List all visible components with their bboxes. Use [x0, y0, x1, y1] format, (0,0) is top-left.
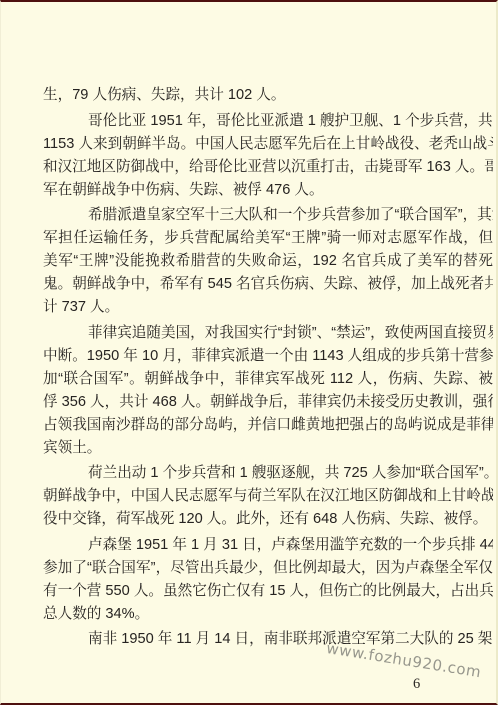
text-line: 哥伦比亚 1951 年，哥伦比亚派遣 1 艘护卫舰、1 个步兵营，共计 — [43, 110, 493, 133]
text-line: 役中交锋，荷军战死 120 人。此外，还有 648 人伤病、失踪、被俘。 — [43, 508, 493, 531]
text-line: 宾领土。 — [43, 437, 493, 460]
text-line: 生，79 人伤病、失踪，共计 102 人。 — [43, 84, 493, 107]
text-line: 荷兰出动 1 个步兵营和 1 艘驱逐舰，共 725 人参加“联合国军”。 — [43, 462, 493, 485]
paragraph: 荷兰出动 1 个步兵营和 1 艘驱逐舰，共 725 人参加“联合国军”。朝鲜战争… — [43, 462, 493, 531]
text-line: 计 737 人。 — [43, 296, 493, 319]
paragraph: 南非 1950 年 11 月 14 日，南非联邦派遣空军第二大队的 25 架飞 — [43, 628, 493, 650]
text-line: 南非 1950 年 11 月 14 日，南非联邦派遣空军第二大队的 25 架飞 — [43, 628, 493, 650]
text-line: 鬼。朝鲜战争中，希军有 545 名官兵伤病、失踪、被俘，加上战死者共 — [43, 273, 493, 296]
book-page: 生，79 人伤病、失踪，共计 102 人。哥伦比亚 1951 年，哥伦比亚派遣 … — [0, 0, 498, 705]
text-line: 总人数的 34%。 — [43, 603, 493, 626]
text-line: 加“联合国军”。朝鲜战争中，菲律宾军战死 112 人，伤病、失踪、被 — [43, 368, 493, 391]
paragraph: 卢森堡 1951 年 1 月 31 日，卢森堡用滥竽充数的一个步兵排 44 人参… — [43, 534, 493, 626]
text-line: 朝鲜战争中，中国人民志愿军与荷兰军队在汉江地区防御战和上甘岭战 — [43, 485, 493, 508]
text-line: 和汉江地区防御战中，给哥伦比亚营以沉重打击，击毙哥军 163 人。哥 — [43, 156, 493, 179]
text-line: 卢森堡 1951 年 1 月 31 日，卢森堡用滥竽充数的一个步兵排 44 人 — [43, 534, 493, 557]
text-line: 1153 人来到朝鲜半岛。中国人民志愿军先后在上甘岭战役、老秃山战斗 — [43, 133, 493, 156]
paragraph: 菲律宾追随美国，对我国实行“封锁”、“禁运”，致使两国直接贸易中断。1950 年… — [43, 322, 493, 460]
paragraph: 希腊派遣皇家空军十三大队和一个步兵营参加了“联合国军”，其空军担任运输任务，步兵… — [43, 204, 493, 319]
text-line: 俘 356 人，共计 468 人。朝鲜战争后，菲律宾仍未接受历史教训，强行 — [43, 391, 493, 414]
text-line: 有一个营 550 人。虽然它伤亡仅有 15 人，但伤亡的比例最大，占出兵 — [43, 580, 493, 603]
paragraph: 生，79 人伤病、失踪，共计 102 人。 — [43, 84, 493, 107]
text-line: 军担任运输任务，步兵营配属给美军“王牌”骑一师对志愿军作战，但 — [43, 227, 493, 250]
page-number: 6 — [413, 676, 420, 693]
text-line: 参加了“联合国军”，尽管出兵最少，但比例却最大，因为卢森堡全军仅 — [43, 557, 493, 580]
text-line: 中断。1950 年 10 月，菲律宾派遣一个由 1143 人组成的步兵第十营参 — [43, 345, 493, 368]
paragraph: 哥伦比亚 1951 年，哥伦比亚派遣 1 艘护卫舰、1 个步兵营，共计1153 … — [43, 110, 493, 202]
text-line: 美军“王牌”没能挽救希腊营的失败命运，192 名官兵成了美军的替死 — [43, 250, 493, 273]
text-line: 菲律宾追随美国，对我国实行“封锁”、“禁运”，致使两国直接贸易 — [43, 322, 493, 345]
text-line: 军在朝鲜战争中伤病、失踪、被俘 476 人。 — [43, 179, 493, 202]
text-line: 希腊派遣皇家空军十三大队和一个步兵营参加了“联合国军”，其空 — [43, 204, 493, 227]
text-line: 占领我国南沙群岛的部分岛屿，并信口雌黄地把强占的岛屿说成是菲律 — [43, 414, 493, 437]
page-text: 生，79 人伤病、失踪，共计 102 人。哥伦比亚 1951 年，哥伦比亚派遣 … — [43, 84, 493, 650]
